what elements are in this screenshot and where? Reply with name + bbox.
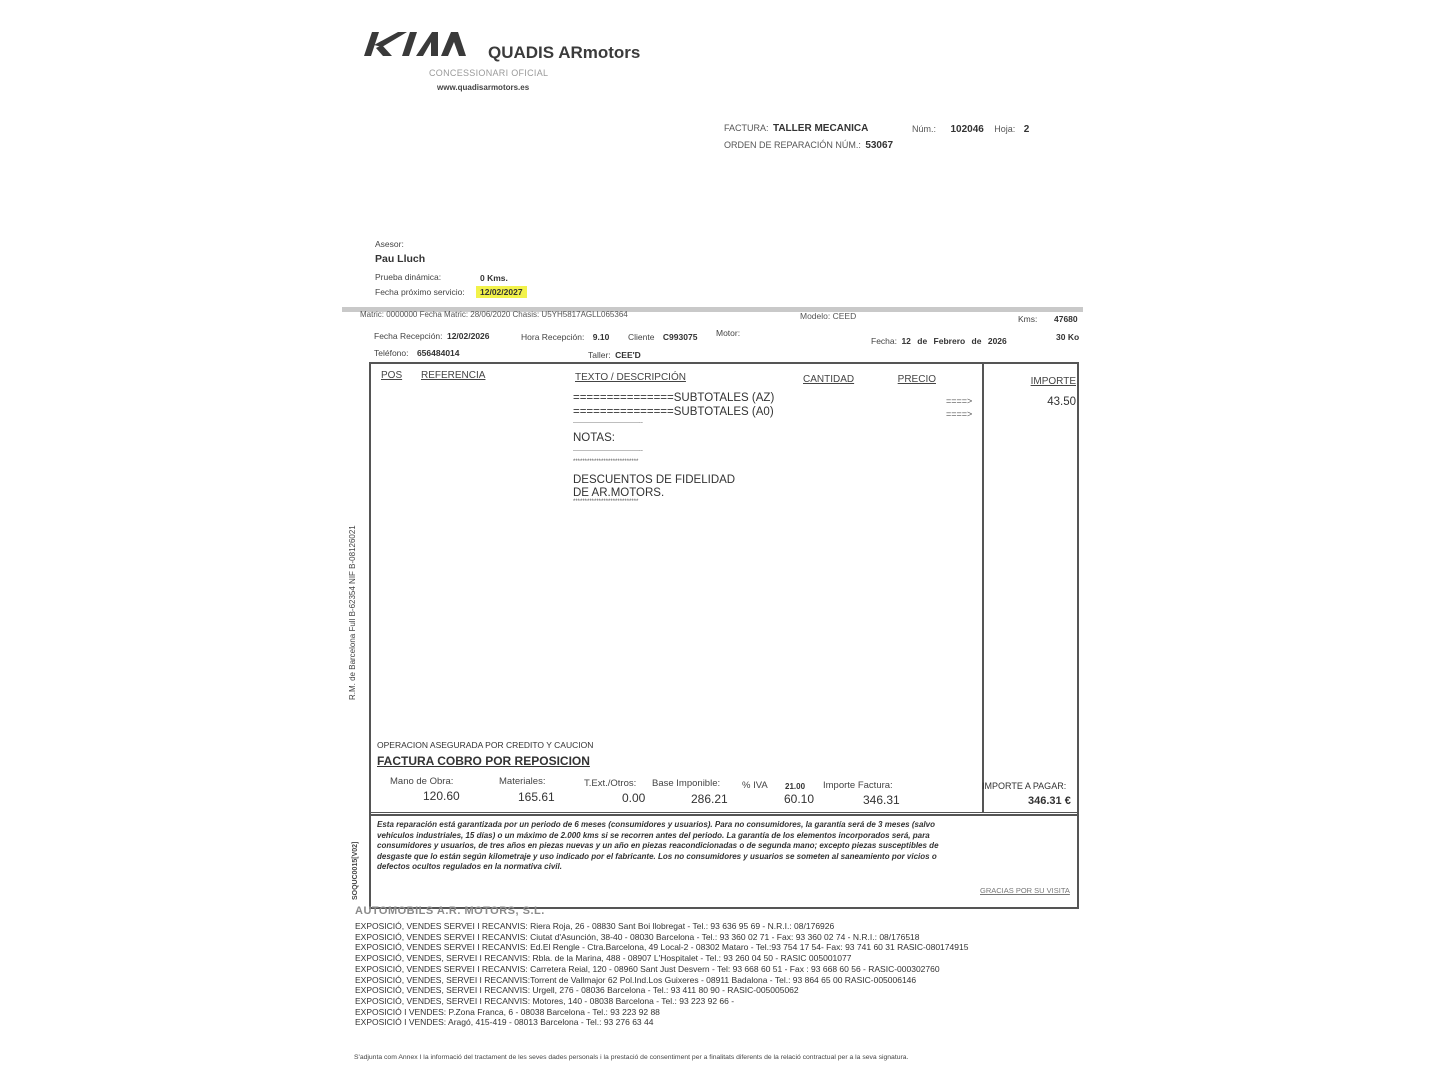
loyalty-discount-line1: DESCUENTOS DE FIDELIDAD — [573, 474, 735, 486]
vat-percent: 21.00 — [785, 782, 805, 791]
kia-logo — [362, 30, 468, 63]
vehicle-model: Modelo: CEED — [800, 311, 856, 321]
stars-line: **************************** — [573, 499, 638, 505]
reception-time: Hora Recepción: 9.10 — [521, 327, 609, 345]
stars-line: **************************** — [573, 459, 638, 465]
branch-address: EXPOSICIÓ, VENDES SERVEI I RECANVIS: Ciu… — [355, 932, 968, 943]
invoice-date: Fecha: 12 de Febrero de 2026 — [871, 331, 1007, 349]
branch-address: EXPOSICIÓ, VENDES, SERVEI I RECANVIS: Ur… — [355, 985, 968, 996]
kms-label: Kms: — [1018, 314, 1037, 324]
branch-address: EXPOSICIÓ, VENDES, SERVEI I RECANVIS: Rb… — [355, 953, 968, 964]
dealer-brand: QUADIS ARmotors — [488, 43, 640, 63]
branch-address: EXPOSICIÓ, VENDES SERVEI I RECANVIS: Car… — [355, 964, 968, 975]
form-code: SOQUC0015[V02] — [352, 842, 359, 900]
branch-address: EXPOSICIÓ I VENDES: Aragó, 415-419 - 080… — [355, 1017, 968, 1028]
client-code: Cliente C993075 — [628, 327, 697, 345]
line-arrow-az: ====> — [946, 396, 972, 406]
branch-address: EXPOSICIÓ, VENDES SERVEI I RECANVIS: Rie… — [355, 921, 968, 932]
line-arrow-a0: ====> — [946, 409, 972, 419]
dealer-website: www.quadisarmotors.es — [437, 83, 529, 92]
warranty-text: Esta reparación está garantizada por un … — [377, 820, 957, 873]
test-drive-value: 0 Kms. — [480, 273, 508, 283]
reception-date: Fecha Recepción: 12/02/2026 — [374, 326, 490, 344]
other-label: T.Ext./Otros: — [584, 778, 636, 789]
insured-operation: OPERACION ASEGURADA POR CREDITO Y CAUCIO… — [377, 740, 593, 750]
thanks-text: GRACIAS POR SU VISITA — [980, 886, 1070, 895]
loyalty-discount-line2: DE AR.MOTORS. — [573, 487, 664, 499]
col-texto: TEXTO / DESCRIPCIÓN — [575, 372, 701, 383]
materials-label: Materiales: — [499, 776, 545, 787]
separator: ----------------------------------- — [573, 420, 643, 426]
other-value: 0.00 — [622, 791, 645, 805]
line-subtotal-az: ===============SUBTOTALES (AZ) — [573, 392, 774, 404]
motor-label: Motor: — [716, 328, 740, 338]
company-name: AUTOMOBILS A.R. MOTORS, S.L. — [355, 905, 545, 917]
vehicle-cut-line: Matric: 0000000 Fecha Matric: 28/06/2020… — [360, 310, 628, 317]
workshop: Taller: CEE'D — [588, 345, 641, 363]
amount-due-value: 346.31 € — [1028, 795, 1071, 807]
invoice-type: FACTURA: TALLER MECANICA — [724, 118, 868, 136]
advisor-label: Asesor: — [375, 239, 404, 249]
next-service-label: Fecha próximo servicio: — [375, 287, 465, 297]
collection-invoice-title: FACTURA COBRO POR REPOSICION — [377, 754, 590, 768]
invoice-amount-value: 346.31 — [863, 793, 900, 807]
vat-value: 60.10 — [784, 792, 814, 806]
privacy-footer: S'adjunta com Annex I la informació del … — [354, 1054, 908, 1061]
tax-base-label: Base Imponible: — [652, 778, 720, 789]
col-precio: PRECIO — [880, 374, 936, 385]
col-importe: IMPORTE — [1000, 376, 1076, 387]
ko-value: 30 Ko — [1056, 332, 1079, 342]
advisor-name: Pau Lluch — [375, 253, 425, 265]
invoice-number: Núm.: 102046 Hoja: 2 — [912, 119, 1029, 137]
line-importe-az: 43.50 — [1028, 396, 1076, 408]
notes-label: NOTAS: — [573, 432, 615, 444]
branch-address: EXPOSICIÓ, VENDES SERVEI I RECANVIS: Ed.… — [355, 942, 968, 953]
branch-list: EXPOSICIÓ, VENDES SERVEI I RECANVIS: Rie… — [355, 921, 968, 1028]
registry-info: R.M. de Barcelona Full B-62354 NIF B-081… — [348, 525, 357, 700]
labor-label: Mano de Obra: — [390, 776, 453, 787]
phone: Teléfono: 656484014 — [374, 343, 460, 361]
next-service-date: 12/02/2027 — [476, 286, 527, 298]
amount-due-label: IMPORTE A PAGAR: — [982, 781, 1066, 791]
dealer-subtitle: CONCESSIONARI OFICIAL — [429, 68, 548, 78]
column-divider — [982, 364, 984, 812]
branch-address: EXPOSICIÓ, VENDES, SERVEI I RECANVIS: Mo… — [355, 996, 968, 1007]
col-cantidad: CANTIDAD — [803, 374, 854, 385]
tax-base-value: 286.21 — [691, 792, 728, 806]
kms-value: 47680 — [1054, 314, 1078, 324]
line-subtotal-a0: ===============SUBTOTALES (A0) — [573, 406, 774, 418]
materials-value: 165.61 — [518, 790, 555, 804]
separator: ----------------------------------- — [573, 448, 643, 454]
branch-address: EXPOSICIÓ, VENDES, SERVEI I RECANVIS:Tor… — [355, 975, 968, 986]
repair-order: ORDEN DE REPARACIÓN NÚM.: 53067 — [724, 135, 893, 153]
labor-value: 120.60 — [423, 789, 460, 803]
col-referencia: REFERENCIA — [421, 370, 557, 381]
col-pos: POS — [381, 370, 402, 381]
invoice-amount-label: Importe Factura: — [823, 780, 893, 791]
test-drive-label: Prueba dinámica: — [375, 272, 441, 282]
vat-label: % IVA — [742, 780, 768, 791]
branch-address: EXPOSICIÓ I VENDES: P.Zona Franca, 6 - 0… — [355, 1007, 968, 1018]
